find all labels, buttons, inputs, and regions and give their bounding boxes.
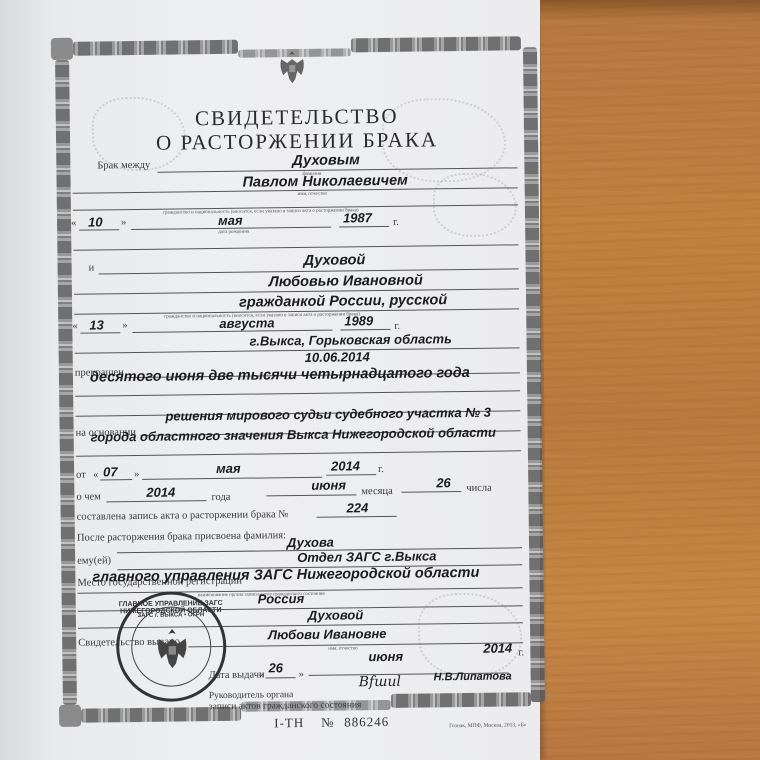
basis-month: мая	[216, 461, 241, 476]
basis-day: 07	[103, 464, 118, 479]
termination-date-words: десятого июня две тысячи четырнадцатого …	[90, 365, 470, 386]
registry-country: Россия	[258, 591, 305, 607]
hint-citizenship: гражданство и национальность (вносится, …	[163, 208, 359, 215]
husband-name: Павлом Николаевичем	[242, 173, 407, 191]
number-sign: №	[321, 715, 335, 731]
line	[317, 516, 397, 518]
border-top-left	[73, 40, 238, 56]
line	[266, 494, 356, 496]
issued-name: Любови Ивановне	[268, 626, 387, 642]
coat-of-arms-icon	[277, 49, 307, 85]
divorce-certificate: СВИДЕТЕЛЬСТВО О РАСТОРЖЕНИИ БРАКА Брак м…	[51, 32, 549, 728]
wife-name: Любовью Ивановной	[269, 272, 423, 290]
husband-surname: Духовым	[292, 152, 360, 169]
label-marriage-between: Брак между	[97, 160, 150, 172]
termination-date-numeric: 10.06.2014	[305, 349, 370, 365]
line	[401, 491, 461, 493]
year-suffix: г.	[518, 647, 524, 658]
official-stamp: ГЛАВНОЕ УПРАВЛЕНИЕ ЗАГС НИЖЕГОРОДСКОЙ ОБ…	[116, 591, 227, 702]
line	[142, 477, 322, 480]
quote-close: »	[299, 669, 304, 680]
wife-birth-month: августа	[219, 315, 274, 331]
coat-of-arms-icon	[151, 626, 194, 671]
certificate-series: I-ТН	[274, 715, 304, 731]
husband-birth-month: мая	[218, 213, 243, 228]
quote-open: «	[72, 321, 77, 332]
issue-month: июня	[368, 649, 403, 664]
official-signature: Вfшиl	[359, 674, 401, 691]
year-suffix: г.	[378, 464, 384, 475]
label-head-line-1: Руководитель органа	[209, 690, 294, 701]
quote-open: «	[71, 218, 76, 229]
husband-birth-year: 1987	[343, 210, 372, 225]
label-and: и	[89, 263, 95, 274]
quote-open: «	[93, 469, 98, 480]
wife-birth-place: г.Выкса, Горьковская область	[249, 331, 451, 348]
label-day-word: числа	[466, 483, 492, 494]
line	[326, 474, 376, 476]
registry-line-2: главного управления ЗАГС Нижегородской о…	[92, 565, 479, 586]
year-suffix: г.	[393, 217, 399, 228]
basis-line-1: решения мирового судьи судебного участка…	[165, 405, 491, 424]
hint-birth-date: дата рождения	[218, 230, 249, 235]
border-top-right	[351, 36, 521, 52]
line	[266, 677, 296, 678]
printer-imprint: Гознак, МПФ, Москва, 2013, «Б»	[449, 722, 526, 729]
quote-close: »	[122, 320, 127, 331]
record-day: 26	[436, 475, 451, 490]
line	[76, 450, 521, 456]
line	[73, 244, 518, 250]
line	[106, 500, 206, 502]
line	[339, 226, 389, 228]
border-corner-ornament	[59, 705, 81, 727]
wife-citizenship: гражданкой России, русской	[239, 292, 447, 311]
line	[75, 347, 520, 353]
hint-name: имя, отчество	[298, 192, 327, 197]
record-year: 2014	[146, 485, 175, 500]
issue-day: 26	[268, 660, 283, 675]
label-month-word: месяца	[361, 486, 392, 497]
year-suffix: г.	[394, 321, 400, 332]
label-record-made: составлена запись акта о расторжении бра…	[77, 509, 289, 523]
label-about-which: о чем	[76, 491, 101, 502]
husband-birth-day: 10	[88, 214, 103, 229]
basis-line-2: города областного значения Выкса Нижегор…	[91, 425, 496, 445]
line	[75, 390, 520, 396]
official-name: Н.В.Липатова	[434, 670, 512, 683]
quote-close: »	[121, 217, 126, 228]
wife-birth-year: 1989	[344, 313, 373, 328]
border-bottom-right	[391, 692, 531, 708]
issue-year: 2014	[483, 640, 512, 655]
assigned-surname: Духова	[287, 535, 334, 551]
hint-name: имя, отчество	[328, 646, 357, 651]
border-corner-ornament	[51, 38, 73, 60]
basis-year: 2014	[331, 458, 360, 473]
label-from: от	[76, 470, 86, 481]
certificate-paper: СВИДЕТЕЛЬСТВО О РАСТОРЖЕНИИ БРАКА Брак м…	[0, 0, 540, 760]
wife-surname: Духовой	[303, 252, 365, 269]
quote-close: »	[134, 469, 139, 480]
stamp-inner-text: ЗАГС г. ВЫКСА • ОГРН	[119, 612, 223, 619]
wife-birth-day: 13	[89, 317, 104, 332]
issued-surname: Духовой	[308, 607, 364, 623]
quote-open: «	[259, 669, 264, 680]
record-number: 224	[346, 500, 368, 515]
certificate-number: 886246	[344, 714, 389, 731]
label-year-word: года	[211, 492, 230, 503]
record-month: июня	[311, 477, 346, 492]
label-head-line-2: записи актов гражданского состояния	[209, 700, 362, 712]
label-to-him-her: ему(ей)	[77, 555, 111, 566]
line	[340, 329, 390, 331]
label-surname-assigned: После расторжения брака присвоена фамили…	[77, 530, 286, 544]
registry-line-1: Отдел ЗАГС г.Выкса	[297, 548, 436, 565]
